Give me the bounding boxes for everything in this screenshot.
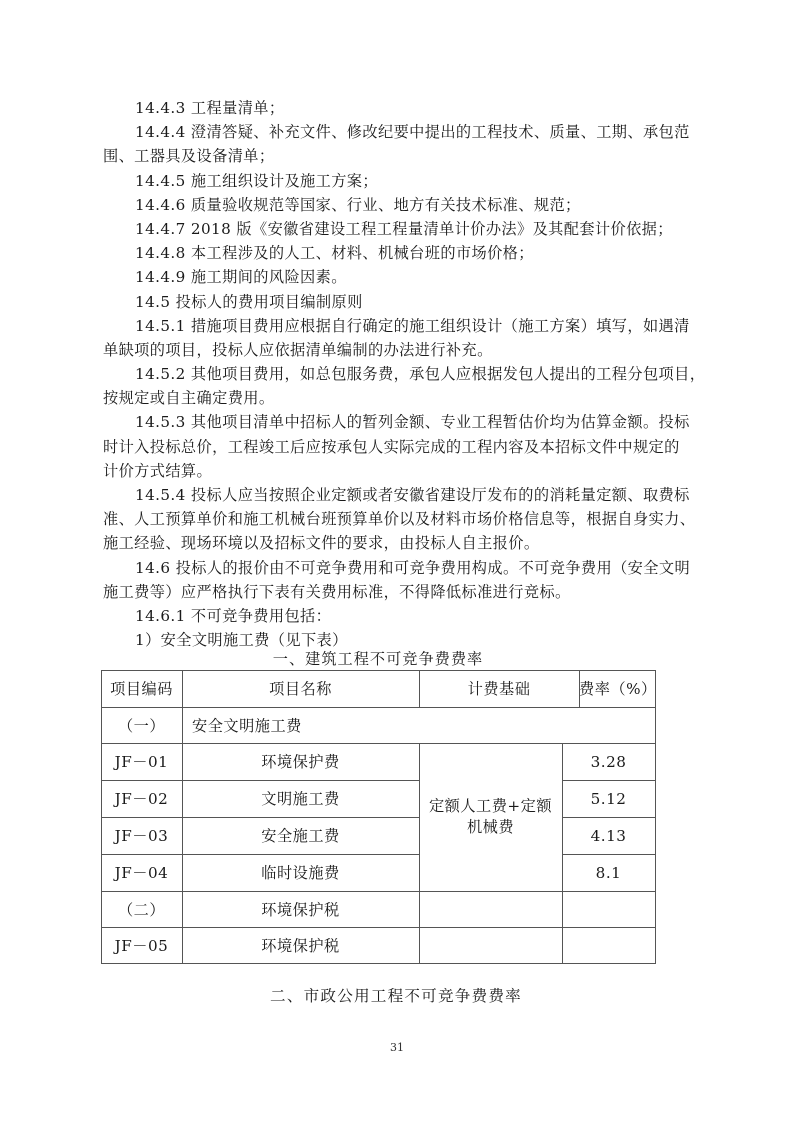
fee-rate-table: 项目编码 项目名称 计费基础 费率（%） （一） 安全文明施工费 JF－01 环… — [101, 670, 655, 963]
row-jf03-rate: 4.13 — [562, 817, 655, 854]
paragraph-line: 14.4.4 澄清答疑、补充文件、修改纪要中提出的工程技术、质量、工期、承包范 — [103, 120, 689, 144]
row-jf01-rate: 3.28 — [562, 743, 655, 780]
next-table-title: 二、市政公用工程不可竞争费费率 — [101, 984, 691, 1008]
paragraph-line: 14.4.9 施工期间的风险因素。 — [103, 265, 689, 289]
paragraph-line: 计价方式结算。 — [103, 459, 689, 483]
paragraph-line: 时计入投标总价，工程竣工后应按承包人实际完成的工程内容及本招标文件中规定的 — [103, 435, 689, 459]
paragraph-line: 单缺项的项目，投标人应依据清单编制的办法进行补充。 — [103, 338, 689, 362]
table-title: 一、建筑工程不可竞争费费率 — [101, 648, 655, 670]
paragraph-line: 14.4.3 工程量清单； — [103, 96, 689, 120]
header-basis: 计费基础 — [419, 670, 579, 707]
paragraph-line: 施工费等）应严格执行下表有关费用标准，不得降低标准进行竞标。 — [103, 580, 689, 604]
row-jf05-name: 环境保护税 — [182, 927, 419, 963]
table-border-bottom — [101, 963, 656, 964]
paragraph-line: 围、工器具及设备清单； — [103, 144, 689, 168]
paragraph-line: 14.5.1 措施项目费用应根据自行确定的施工组织设计（施工方案）填写，如遇清 — [103, 314, 689, 338]
section-1-code: （一） — [101, 707, 182, 743]
row-jf04-name: 临时设施费 — [182, 854, 419, 891]
section-1-name: 安全文明施工费 — [182, 707, 655, 743]
paragraph-line: 14.4.8 本工程涉及的人工、材料、机械台班的市场价格； — [103, 241, 689, 265]
section-2-name: 环境保护税 — [182, 891, 419, 927]
paragraph-line: 14.6.1 不可竞争费用包括： — [103, 604, 689, 628]
row-jf05-code: JF－05 — [101, 927, 182, 963]
row-jf05-rate — [562, 927, 655, 963]
paragraph-line: 施工经验、现场环境以及招标文件的要求，由投标人自主报价。 — [103, 531, 689, 555]
page-number: 31 — [0, 1040, 794, 1056]
section-2-basis — [419, 891, 562, 927]
section-2-rate — [562, 891, 655, 927]
row-jf04-rate: 8.1 — [562, 854, 655, 891]
row-jf02-name: 文明施工费 — [182, 780, 419, 817]
section-heading-14-5: 14.5 投标人的费用项目编制原则 — [103, 290, 689, 314]
row-jf02-code: JF－02 — [101, 780, 182, 817]
row-jf01-name: 环境保护费 — [182, 743, 419, 780]
header-code: 项目编码 — [101, 670, 182, 707]
row-jf04-code: JF－04 — [101, 854, 182, 891]
paragraph-line: 14.5.4 投标人应当按照企业定额或者安徽省建设厅发布的的消耗量定额、取费标 — [103, 483, 689, 507]
table-border-right — [655, 670, 656, 964]
row-jf01-code: JF－01 — [101, 743, 182, 780]
paragraph-line: 14.5.2 其他项目费用，如总包服务费，承包人应根据发包人提出的工程分包项目， — [103, 362, 689, 386]
row-jf05-basis — [419, 927, 562, 963]
paragraph-line: 14.5.3 其他项目清单中招标人的暂列金额、专业工程暂估价均为估算金额。投标 — [103, 410, 689, 434]
section-2-code: （二） — [101, 891, 182, 927]
paragraph-line: 按规定或自主确定费用。 — [103, 386, 689, 410]
paragraph-line: 14.4.5 施工组织设计及施工方案； — [103, 169, 689, 193]
row-jf03-code: JF－03 — [101, 817, 182, 854]
paragraph-line: 14.4.6 质量验收规范等国家、行业、地方有关技术标准、规范； — [103, 193, 689, 217]
document-page: 14.4.3 工程量清单； 14.4.4 澄清答疑、补充文件、修改纪要中提出的工… — [0, 0, 794, 1122]
paragraph-line: 14.4.7 2018 版《安徽省建设工程工程量清单计价办法》及其配套计价依据； — [103, 217, 689, 241]
header-name: 项目名称 — [182, 670, 419, 707]
row-jf03-name: 安全施工费 — [182, 817, 419, 854]
paragraph-line: 准、人工预算单价和施工机械台班预算单价以及材料市场价格信息等，根据自身实力、 — [103, 507, 689, 531]
body-text: 14.4.3 工程量清单； 14.4.4 澄清答疑、补充文件、修改纪要中提出的工… — [103, 96, 689, 652]
row-jf02-rate: 5.12 — [562, 780, 655, 817]
merged-basis-line-2: 机械费 — [467, 817, 514, 838]
merged-basis-line-1: 定额人工费+定额 — [429, 796, 552, 817]
merged-basis-cell: 定额人工费+定额 机械费 — [419, 743, 562, 891]
header-rate: 费率（%） — [579, 670, 655, 707]
paragraph-line: 14.6 投标人的报价由不可竞争费用和可竞争费用构成。不可竞争费用（安全文明 — [103, 556, 689, 580]
